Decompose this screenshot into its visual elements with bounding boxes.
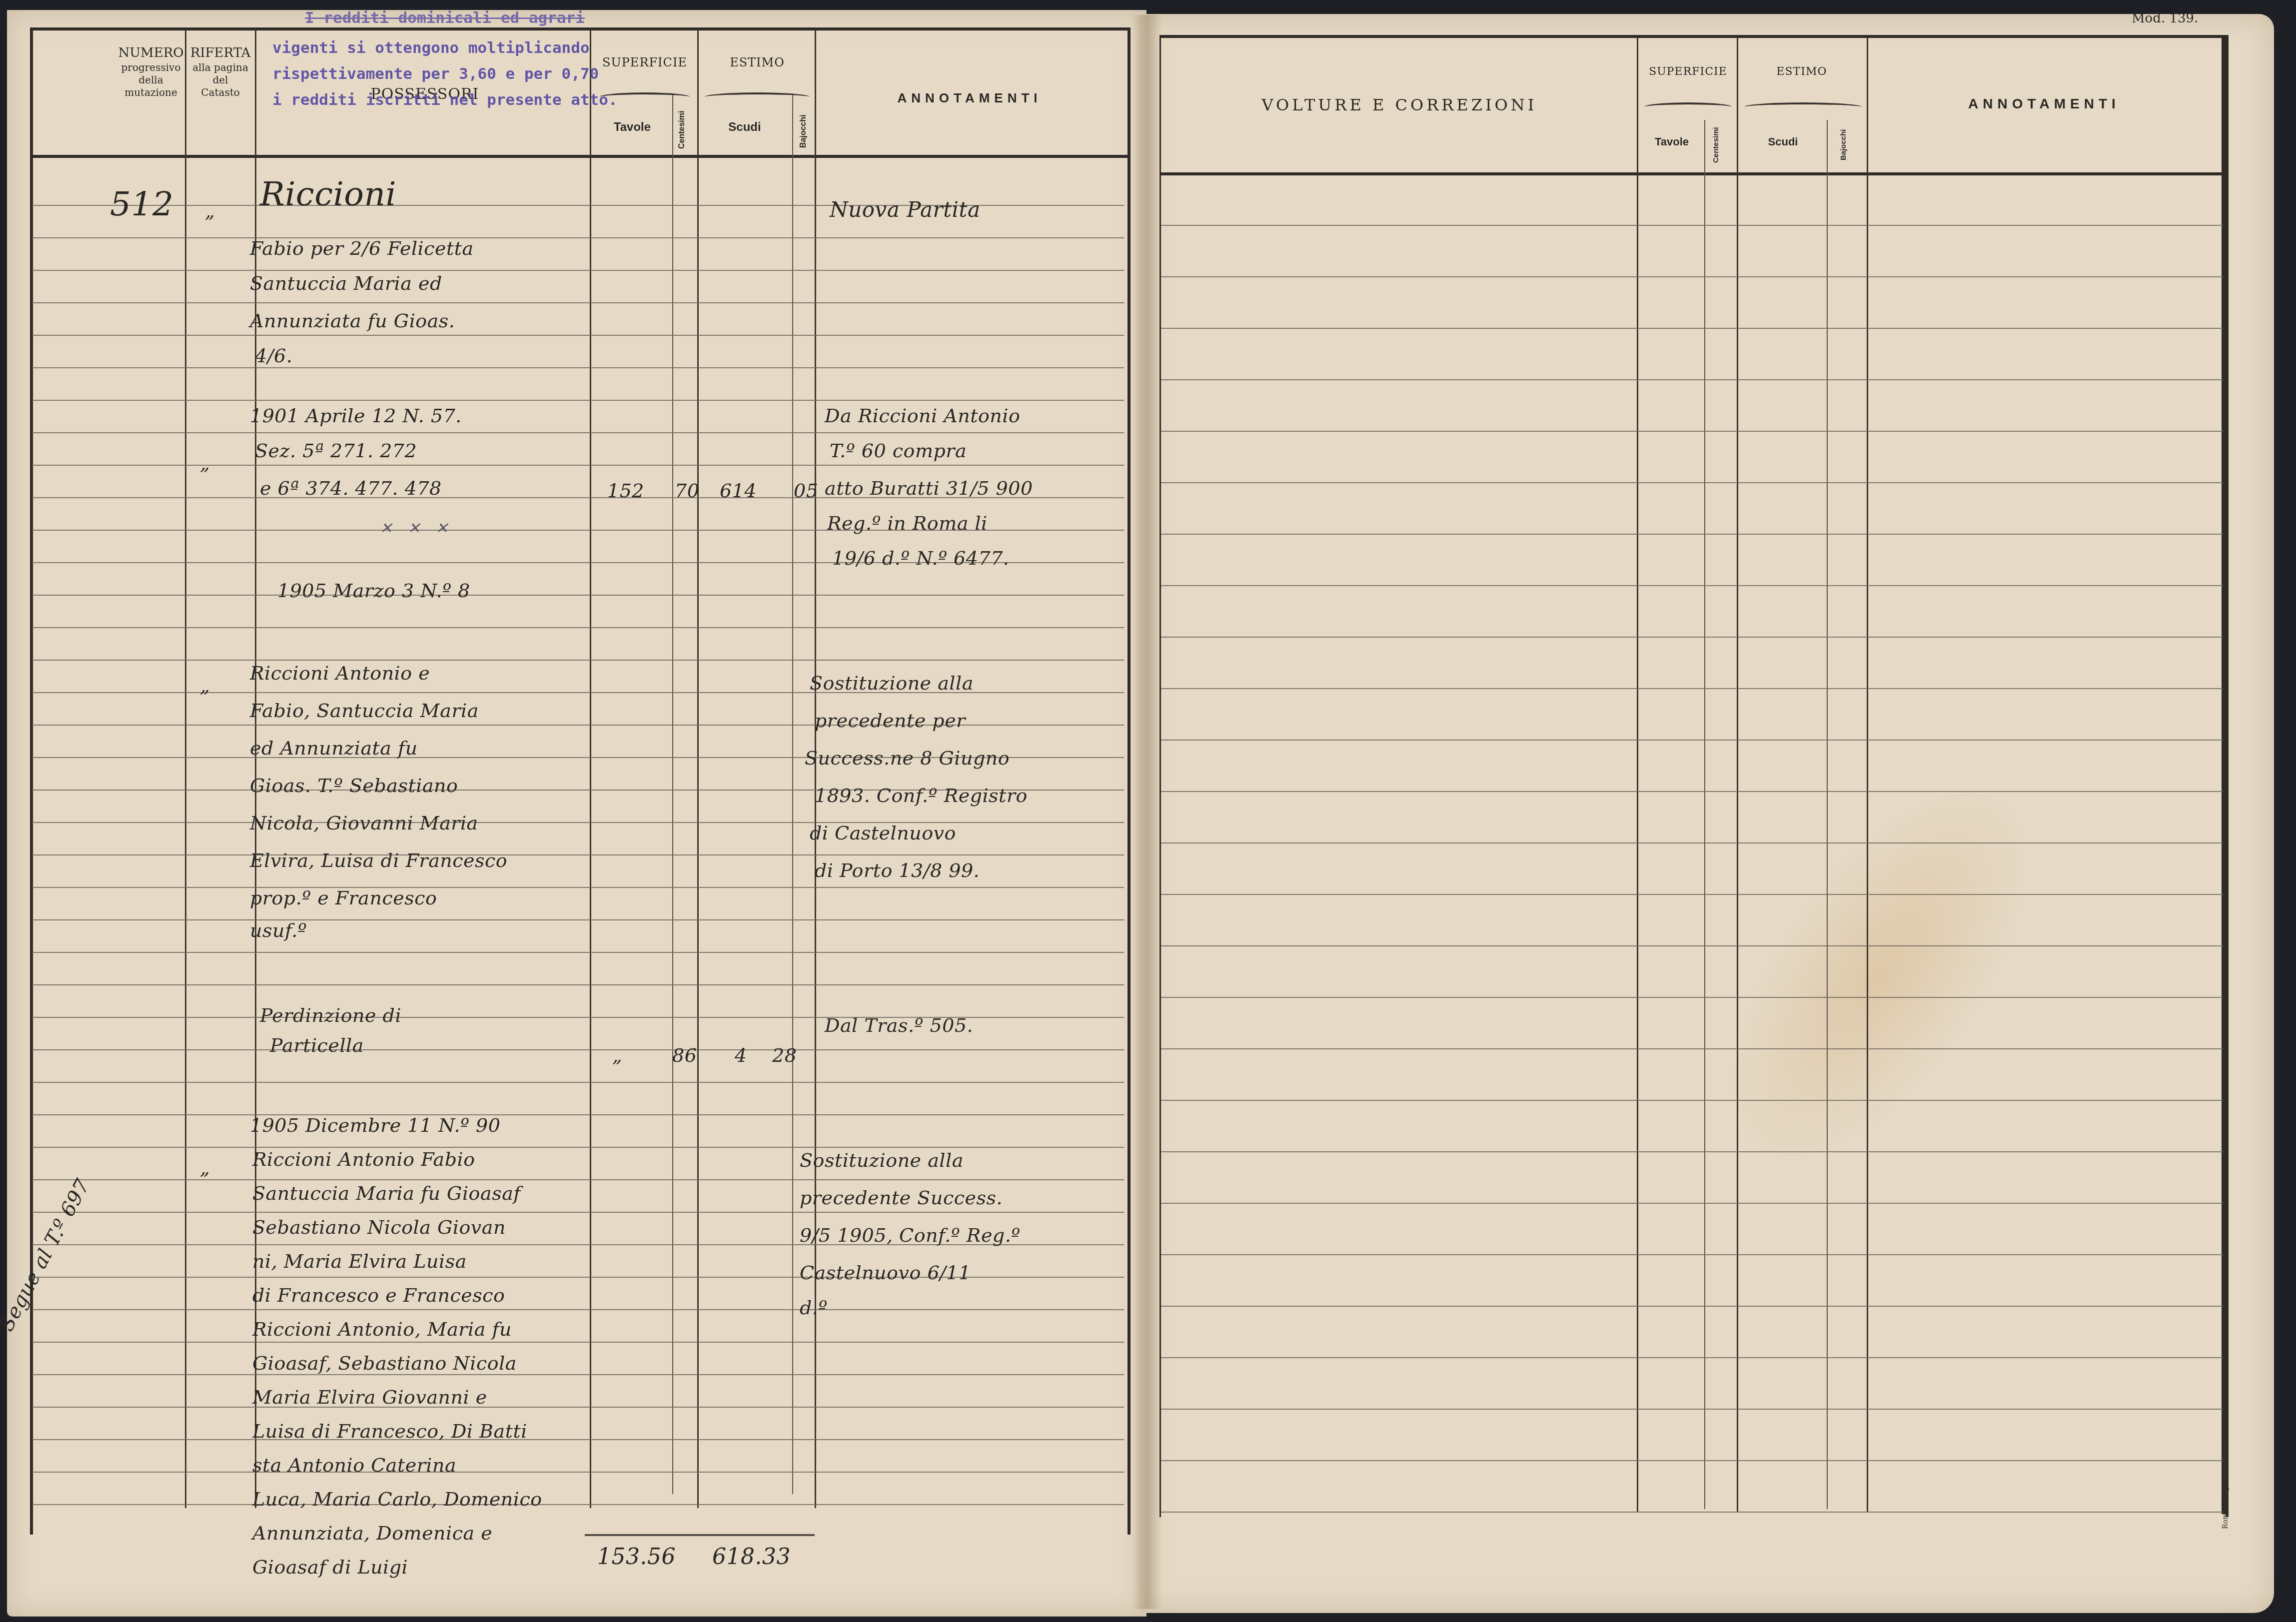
entry-2-annot-1: Da Riccioni Antonio — [825, 405, 1020, 427]
col-divider-tavole — [672, 95, 673, 1494]
estimo-brace — [705, 92, 810, 101]
right-ruled-line — [1161, 585, 2223, 586]
header-bajocchi: Bajocchi — [799, 105, 809, 157]
right-table-frame — [1159, 35, 2229, 1517]
entry-1-possessori-2: Fabio per 2/6 Felicetta — [250, 237, 474, 259]
book-gutter — [1132, 15, 1162, 1609]
left-ruled-line — [32, 400, 1124, 401]
left-ruled-line — [32, 1407, 1124, 1408]
col-divider-possessori — [590, 29, 591, 1508]
left-ruled-line — [32, 465, 1124, 466]
entry-5-annot-1: Sostituzione alla — [800, 1149, 964, 1171]
right-frame-edge — [2222, 35, 2226, 1514]
left-ruled-line — [32, 1309, 1124, 1310]
left-ruled-line — [32, 1504, 1124, 1505]
entry-3-possessori-7: Elvira, Luisa di Francesco — [250, 849, 507, 871]
entry-2-annot-3: atto Buratti 31/5 900 — [825, 477, 1033, 499]
left-header-rule — [30, 155, 1128, 158]
left-ruled-line — [32, 1374, 1124, 1375]
entry-1-possessori-3: Santuccia Maria ed — [250, 272, 442, 294]
entry-5-possessori-line: sta Antonio Caterina — [252, 1454, 456, 1476]
left-ruled-line — [32, 952, 1124, 953]
entry-3-annot-4: 1893. Conf.º Registro — [815, 785, 1028, 807]
entry-5-annot-5: d.º — [800, 1297, 828, 1319]
right-col-divider-estimo — [1867, 37, 1868, 1512]
col-divider-scudi — [792, 95, 793, 1494]
superficie-brace — [600, 92, 690, 101]
entry-4-scudi: 4 — [735, 1044, 747, 1066]
col-divider-superficie — [697, 29, 699, 1508]
left-ruled-line — [32, 270, 1124, 271]
header-riferta-title: RIFERTA — [186, 45, 255, 61]
entry-1-numero: 512 — [110, 185, 173, 223]
entry-5-annot-2: precedente Success. — [800, 1187, 1003, 1209]
header-riferta-line2: alla pagina — [186, 61, 255, 74]
header-numero: NUMERO progressivo della mutazione — [116, 45, 186, 99]
header-annotamenti-right: ANNOTAMENTI — [1869, 95, 2219, 112]
left-ruled-line — [32, 822, 1124, 823]
left-ruled-line — [32, 854, 1124, 855]
entry-3-possessori-2: Riccioni Antonio e — [250, 662, 430, 684]
right-ruled-line — [1161, 688, 2223, 689]
left-ruled-line — [32, 1082, 1124, 1083]
printer-imprint: Roma — Tip. Erodi Botta — [2222, 1439, 2230, 1529]
header-centesimi: Centesimi — [677, 102, 687, 157]
right-header-rule — [1159, 172, 2224, 175]
header-tavole: Tavole — [592, 120, 672, 135]
entry-5-riferta: „ — [200, 1157, 210, 1179]
entry-2-tavole: 152 — [607, 480, 644, 502]
right-ruled-line — [1161, 997, 2223, 998]
right-ruled-line — [1161, 945, 2223, 946]
entry-5-possessori-line: Gioasaf, Sebastiano Nicola — [252, 1352, 517, 1374]
entry-5-possessori-line: ni, Maria Elvira Luisa — [252, 1250, 467, 1272]
entry-5-possessori-line: Riccioni Antonio, Maria fu — [252, 1318, 512, 1340]
right-ruled-line — [1161, 1512, 2223, 1513]
right-ruled-line — [1161, 1409, 2223, 1410]
stamp-line-1: I redditi dominicali ed agrari — [305, 5, 585, 31]
right-col-divider-volture — [1637, 37, 1638, 1512]
entry-3-possessori-9: usuf.º — [250, 919, 307, 941]
entry-3-annot-6: di Porto 13/8 99. — [815, 859, 980, 881]
entry-2-possessori-2: Sez. 5ª 271. 272 — [255, 440, 417, 462]
left-ruled-line — [32, 367, 1124, 368]
header-bajocchi-right: Bajocchi — [1839, 120, 1849, 170]
entry-5-annot-3: 9/5 1905, Conf.º Reg.º — [800, 1224, 1021, 1246]
entry-5-possessori-line: Luca, Maria Carlo, Domenico — [252, 1488, 542, 1510]
estimo-brace-right — [1744, 102, 1862, 111]
entry-5-possessori-line: Annunziata, Domenica e — [252, 1522, 492, 1544]
left-ruled-line — [32, 887, 1124, 888]
right-ruled-line — [1161, 791, 2223, 792]
entry-2-annot-5: 19/6 d.º N.º 6477. — [832, 547, 1009, 569]
right-ruled-line — [1161, 1306, 2223, 1307]
total-superficie: 153.56 — [597, 1544, 676, 1570]
entry-4-possessori-2: Particella — [270, 1034, 364, 1056]
entry-2-scudi: 614 — [720, 480, 757, 502]
right-ruled-line — [1161, 637, 2223, 638]
stamp-line-4: i redditi iscritti nel presente atto. — [272, 87, 618, 113]
header-numero-title: NUMERO — [116, 45, 186, 61]
left-ruled-line — [32, 1439, 1124, 1440]
left-ruled-line — [32, 919, 1124, 920]
header-numero-line2: progressivo — [116, 61, 186, 74]
left-ruled-line — [32, 335, 1124, 336]
header-scudi: Scudi — [700, 120, 790, 135]
right-ruled-line — [1161, 1151, 2223, 1152]
left-ruled-line — [32, 627, 1124, 628]
entry-5-possessori-line: Maria Elvira Giovanni e — [252, 1386, 487, 1408]
entry-2-annot-2: T.º 60 compra — [830, 440, 967, 462]
entry-3-annot-3: Success.ne 8 Giugno — [805, 747, 1010, 769]
entry-3-annot-5: di Castelnuovo — [810, 822, 956, 844]
header-riferta-line4: Catasto — [186, 86, 255, 99]
right-ruled-line — [1161, 1460, 2223, 1461]
left-ruled-line — [32, 1179, 1124, 1180]
entry-3-possessori-8: prop.º e Francesco — [250, 887, 437, 909]
left-ruled-line — [32, 1342, 1124, 1343]
header-estimo: ESTIMO — [700, 55, 815, 70]
left-ruled-line — [32, 1049, 1124, 1050]
left-ruled-line — [32, 660, 1124, 661]
right-ruled-line — [1161, 1254, 2223, 1255]
right-col-divider-superficie — [1737, 37, 1738, 1512]
header-annotamenti-left: ANNOTAMENTI — [820, 90, 1120, 106]
entry-2-possessori-3: e 6ª 374. 477. 478 — [260, 477, 442, 499]
stamp-line-3: rispettivamente per 3,60 e per 0,70 — [272, 61, 599, 87]
entry-1-possessori-4: Annunziata fu Gioas. — [250, 310, 455, 332]
right-ruled-line — [1161, 482, 2223, 483]
stamp-line-2: vigenti si ottengono moltiplicando — [272, 35, 590, 61]
right-ruled-line — [1161, 1357, 2223, 1358]
totals-rule — [585, 1534, 815, 1536]
entry-3-possessori-4: ed Annunziata fu — [250, 737, 418, 759]
entry-1-annotamenti: Nuova Partita — [830, 197, 980, 222]
left-ruled-line — [32, 1114, 1124, 1115]
right-ruled-line — [1161, 1048, 2223, 1049]
entry-5-possessori-line: Gioasaf di Luigi — [252, 1556, 408, 1578]
left-ruled-line — [32, 595, 1124, 596]
entry-5-possessori-line: Riccioni Antonio Fabio — [252, 1148, 475, 1170]
header-volture: VOLTURE E CORREZIONI — [1164, 95, 1634, 115]
entry-5-possessori-line: Luisa di Francesco, Di Batti — [252, 1420, 527, 1442]
left-ruled-line — [32, 1472, 1124, 1473]
form-code: Mod. 139. — [2132, 11, 2198, 26]
right-ruled-line — [1161, 1100, 2223, 1101]
entry-5-date: 1905 Dicembre 11 N.º 90 — [250, 1114, 500, 1136]
header-riferta-line3: del — [186, 74, 255, 86]
total-estimo: 618.33 — [712, 1544, 791, 1570]
header-tavole-right: Tavole — [1639, 135, 1704, 149]
entry-2-pencil-marks: ✕ ✕ ✕ — [380, 520, 448, 537]
left-ruled-line — [32, 1147, 1124, 1148]
entry-3-possessori-5: Gioas. T.º Sebastiano — [250, 775, 458, 797]
right-ruled-line — [1161, 534, 2223, 535]
right-ruled-line — [1161, 431, 2223, 432]
entry-4-bajocchi: 28 — [772, 1044, 797, 1066]
header-superficie-right: SUPERFICIE — [1639, 65, 1737, 79]
right-ruled-line — [1161, 740, 2223, 741]
header-centesimi-right: Centesimi — [1712, 120, 1721, 170]
header-superficie: SUPERFICIE — [592, 55, 697, 70]
right-ruled-line — [1161, 842, 2223, 843]
entry-3-riferta: „ — [200, 675, 210, 697]
entry-4-tavole: „ — [612, 1044, 622, 1066]
entry-5-possessori-line: Sebastiano Nicola Giovan — [252, 1216, 506, 1238]
header-riferta: RIFERTA alla pagina del Catasto — [186, 45, 255, 99]
left-ruled-line — [32, 1212, 1124, 1213]
entry-1-surname: Riccioni — [260, 175, 396, 213]
entry-4-annotamenti: Dal Tras.º 505. — [825, 1014, 973, 1036]
left-ruled-line — [32, 302, 1124, 303]
entry-4-centesimi: 86 — [672, 1044, 697, 1066]
entry-5-annot-4: Castelnuovo 6/11 — [800, 1262, 971, 1284]
entry-5-possessori-line: Santuccia Maria fu Gioasaf — [252, 1182, 521, 1204]
superficie-brace-right — [1644, 102, 1732, 111]
right-ruled-line — [1161, 379, 2223, 380]
right-ruled-line — [1161, 225, 2223, 226]
entry-1-possessori-5: 4/6. — [255, 345, 292, 367]
entry-2-centesimi: 70 — [675, 480, 699, 502]
left-ruled-line — [32, 432, 1124, 433]
left-table-frame — [30, 27, 1131, 1535]
entry-3-annot-1: Sostituzione alla — [810, 672, 974, 694]
header-numero-line3: della — [116, 74, 186, 86]
entry-3-possessori-3: Fabio, Santuccia Maria — [250, 700, 479, 722]
header-estimo-right: ESTIMO — [1739, 65, 1864, 79]
entry-3-possessori-6: Nicola, Giovanni Maria — [250, 812, 478, 834]
entry-5-possessori-line: di Francesco e Francesco — [252, 1284, 505, 1306]
entry-2-riferta: „ — [200, 452, 210, 474]
right-ruled-line — [1161, 894, 2223, 895]
entry-3-date: 1905 Marzo 3 N.º 8 — [277, 580, 470, 602]
entry-4-possessori-1: Perdinzione di — [260, 1004, 401, 1026]
right-ruled-line — [1161, 276, 2223, 277]
entry-3-annot-2: precedente per — [815, 710, 966, 732]
entry-2-annot-4: Reg.º in Roma li — [827, 512, 988, 534]
entry-2-possessori-1: 1901 Aprile 12 N. 57. — [250, 405, 462, 427]
left-ruled-line — [32, 237, 1124, 238]
entry-2-bajocchi: 05 — [794, 480, 818, 502]
entry-1-riferta: „ — [205, 200, 215, 222]
right-ruled-line — [1161, 328, 2223, 329]
header-scudi-right: Scudi — [1739, 135, 1827, 149]
left-ruled-line — [32, 984, 1124, 985]
col-divider-numero — [185, 29, 186, 1508]
right-ruled-line — [1161, 1203, 2223, 1204]
header-numero-line4: mutazione — [116, 86, 186, 99]
